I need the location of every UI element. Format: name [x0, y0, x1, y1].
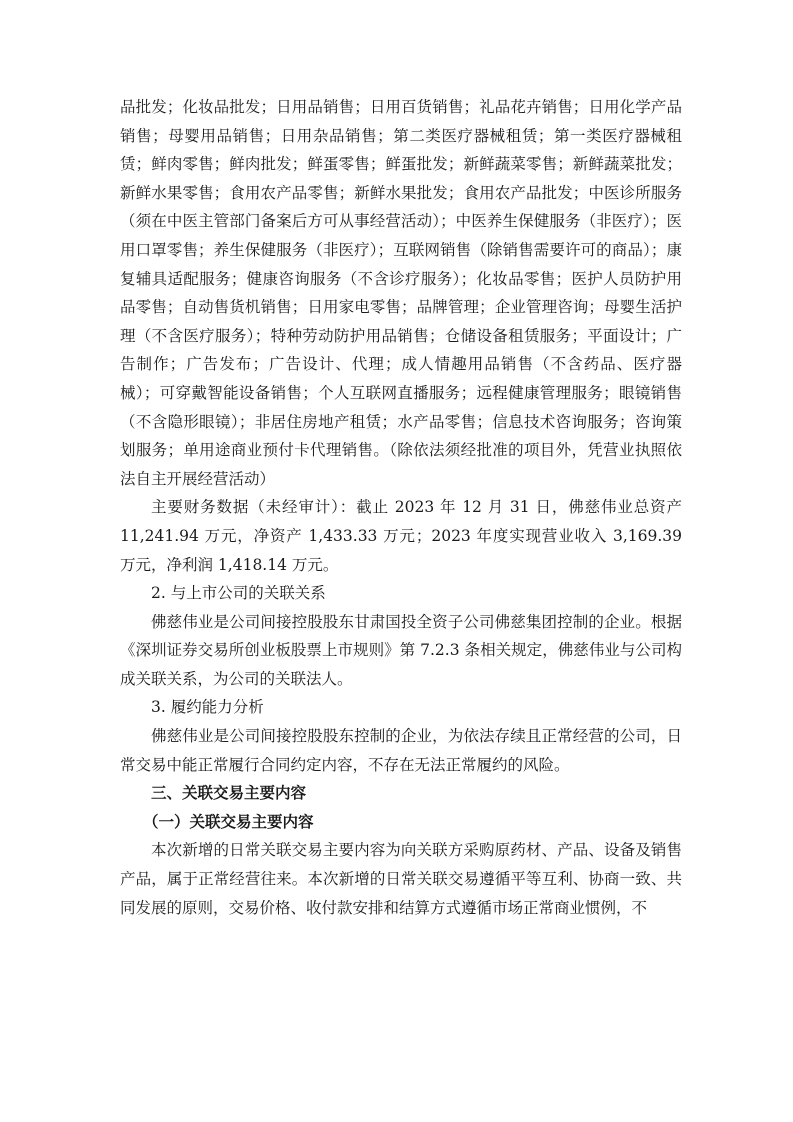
subsection-1-body: 本次新增的日常关联交易主要内容为向关联方采购原药材、产品、设备及销售产品，属于正…: [120, 836, 682, 922]
document-page: 品批发；化妆品批发；日用品销售；日用百货销售；礼品花卉销售；日用化学产品销售；母…: [120, 93, 682, 922]
subsection-1-heading: （一）关联交易主要内容: [120, 808, 682, 837]
chapter-3-heading: 三、关联交易主要内容: [120, 779, 682, 808]
section-2-title: 2. 与上市公司的关联关系: [120, 579, 682, 608]
section-2-body: 佛慈伟业是公司间接控股股东甘肃国投全资子公司佛慈集团控制的企业。根据《深圳证券交…: [120, 608, 682, 694]
financial-data-paragraph: 主要财务数据（未经审计）：截止 2023 年 12 月 31 日，佛慈伟业总资产…: [120, 493, 682, 579]
business-scope-paragraph: 品批发；化妆品批发；日用品销售；日用百货销售；礼品花卉销售；日用化学产品销售；母…: [120, 93, 682, 493]
section-3-body: 佛慈伟业是公司间接控股股东控制的企业，为依法存续且正常经营的公司，日常交易中能正…: [120, 722, 682, 779]
section-3-title: 3. 履约能力分析: [120, 693, 682, 722]
